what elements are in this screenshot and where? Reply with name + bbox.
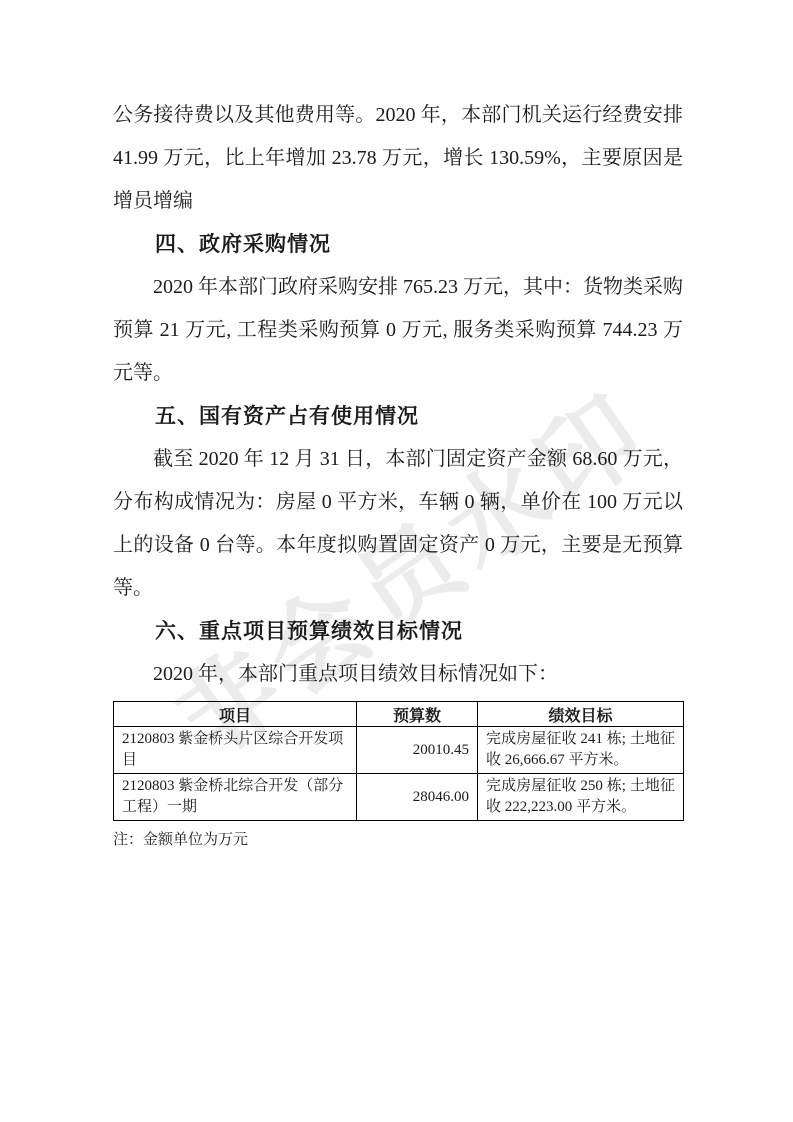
- section-4-paragraph: 2020 年本部门政府采购安排 765.23 万元，其中：货物类采购预算 21 …: [113, 266, 683, 395]
- section-6-heading: 六、重点项目预算绩效目标情况: [113, 610, 683, 653]
- table-footnote: 注：金额单位为万元: [113, 830, 683, 850]
- column-header-budget: 预算数: [357, 702, 478, 727]
- table-row: 2120803 紫金桥头片区综合开发项目 20010.45 完成房屋征收 241…: [114, 727, 684, 774]
- section-4-heading: 四、政府采购情况: [113, 223, 683, 266]
- project-name-cell: 2120803 紫金桥北综合开发（部分工程）一期: [114, 774, 357, 821]
- document-content: 公务接待费以及其他费用等。2020 年，本部门机关运行经费安排 41.99 万元…: [113, 94, 683, 850]
- performance-target-cell: 完成房屋征收 241 栋; 土地征收 26,666.67 平方米。: [478, 727, 684, 774]
- section-5-paragraph: 截至 2020 年 12 月 31 日，本部门固定资产金额 68.60 万元，分…: [113, 438, 683, 610]
- table-row: 2120803 紫金桥北综合开发（部分工程）一期 28046.00 完成房屋征收…: [114, 774, 684, 821]
- budget-amount-cell: 20010.45: [357, 727, 478, 774]
- project-name-cell: 2120803 紫金桥头片区综合开发项目: [114, 727, 357, 774]
- section-6-paragraph: 2020 年，本部门重点项目绩效目标情况如下：: [113, 653, 683, 696]
- paragraph-continuation: 公务接待费以及其他费用等。2020 年，本部门机关运行经费安排 41.99 万元…: [113, 94, 683, 223]
- column-header-project: 项目: [114, 702, 357, 727]
- performance-target-cell: 完成房屋征收 250 栋; 土地征收 222,223.00 平方米。: [478, 774, 684, 821]
- budget-amount-cell: 28046.00: [357, 774, 478, 821]
- document-page: { "page": { "background": "#ffffff", "wa…: [0, 0, 793, 1122]
- section-5-heading: 五、国有资产占有使用情况: [113, 395, 683, 438]
- performance-target-table: 项目 预算数 绩效目标 2120803 紫金桥头片区综合开发项目 20010.4…: [113, 701, 684, 821]
- column-header-target: 绩效目标: [478, 702, 684, 727]
- table-header-row: 项目 预算数 绩效目标: [114, 702, 684, 727]
